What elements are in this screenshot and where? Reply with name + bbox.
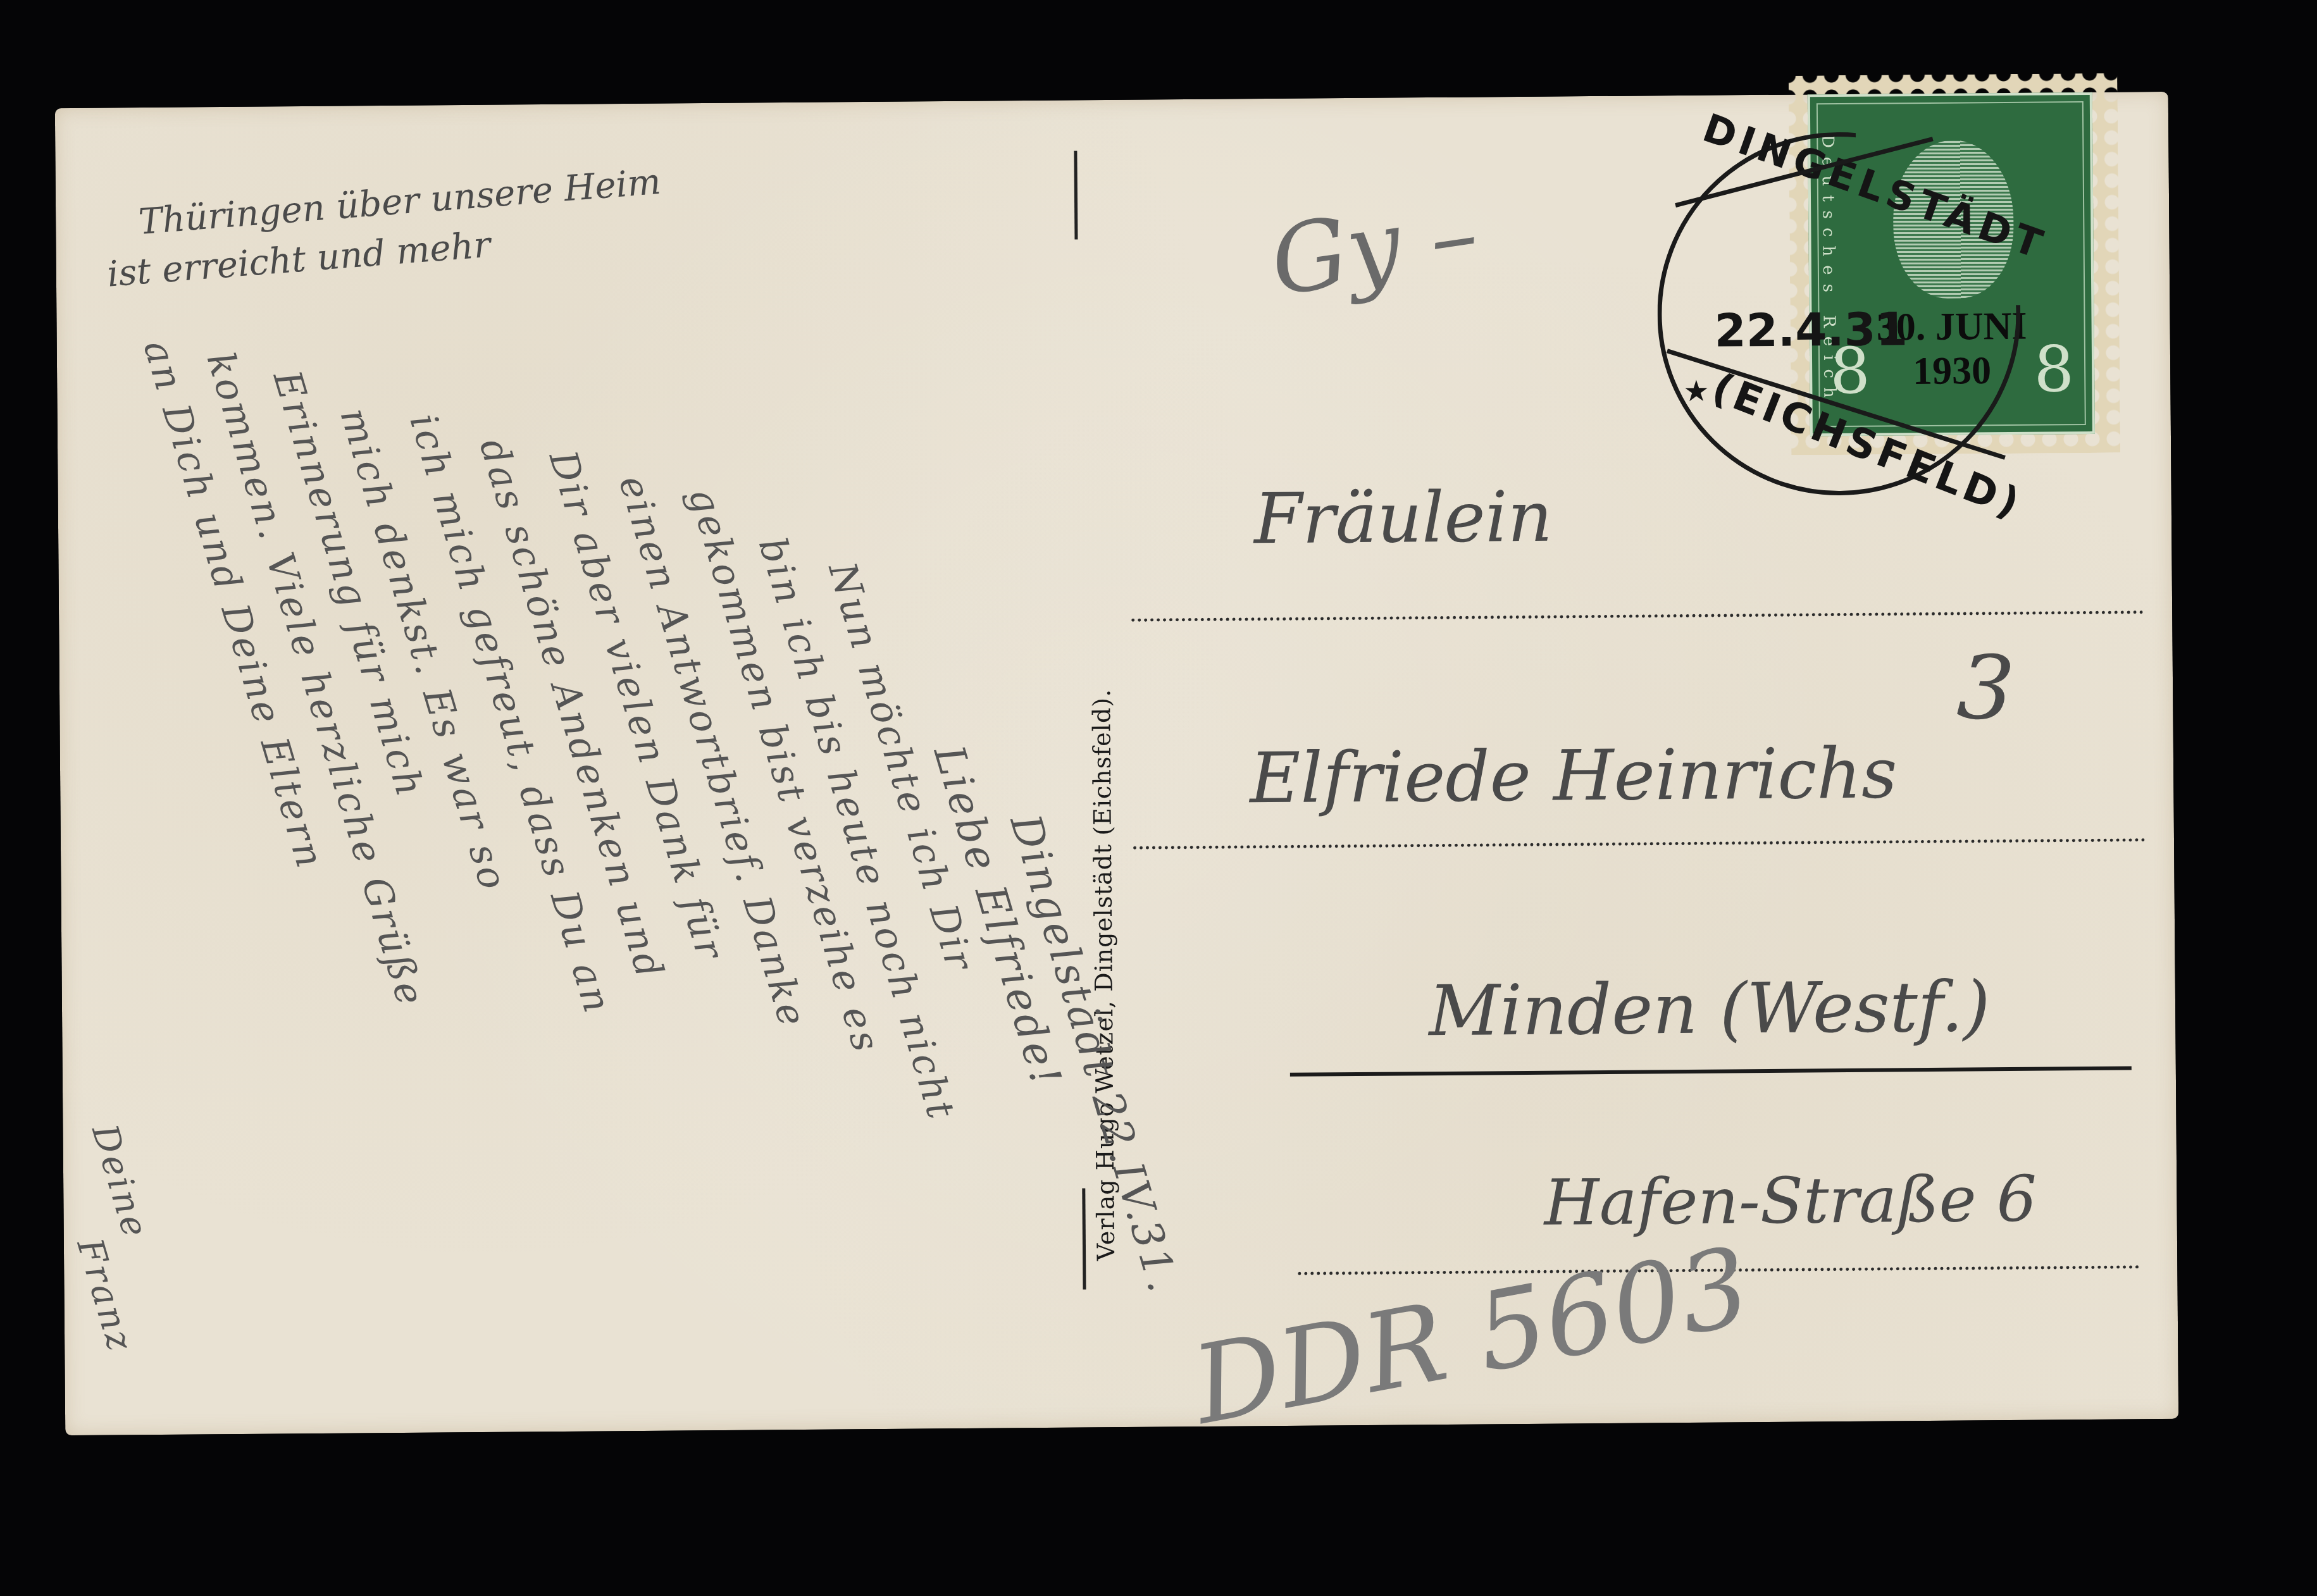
address-line-1	[1131, 610, 2144, 622]
address-name: Elfriede Heinrichs	[1250, 733, 1898, 819]
postcard-back: Verlag Hugo Wetzel, Dingelstädt (Eichsfe…	[55, 92, 2178, 1435]
postmark-star-icon: ★	[1683, 374, 1710, 408]
center-divider	[1074, 151, 1086, 1289]
message-line: Deine	[84, 1120, 156, 1244]
address-city: Minden (Westf.)	[1429, 966, 1991, 1051]
address-salutation: Fräulein	[1253, 476, 1553, 560]
address-line-3	[1290, 1066, 2132, 1076]
postmark-date: 22.4.31	[1714, 302, 1908, 357]
address-street: Hafen-Straße 6	[1544, 1162, 2037, 1240]
pencil-inventory-number: DDR 5603	[1184, 1224, 1759, 1449]
pencil-initials: Gy –	[1264, 178, 1485, 318]
address-line-2	[1133, 838, 2146, 850]
message-top-line: Thüringen über unsere Heim	[137, 161, 662, 243]
address-mark: 3	[1954, 636, 2017, 742]
message-signature: Franz	[68, 1234, 141, 1358]
